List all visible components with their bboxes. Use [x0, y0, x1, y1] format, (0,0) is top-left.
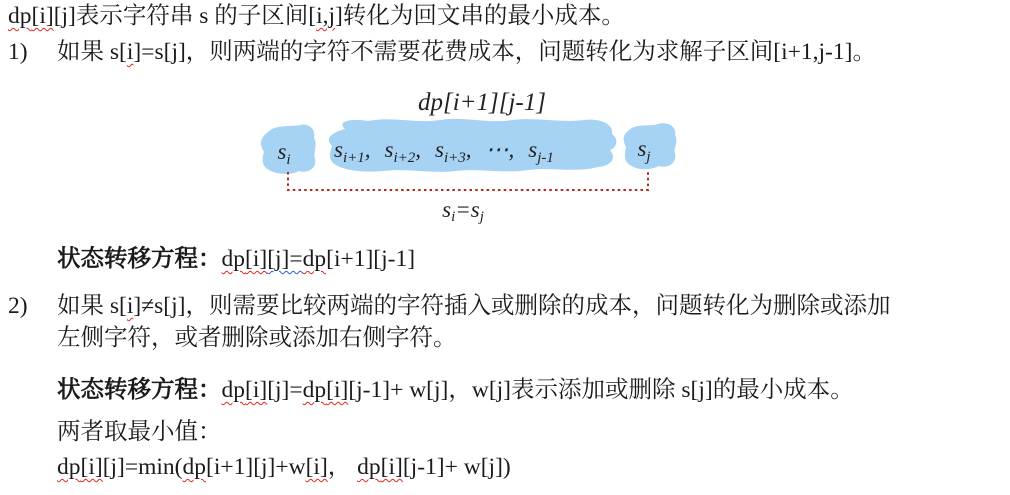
text-segment: [j-1]+ w[j]) [403, 454, 511, 480]
equality-bracket [288, 170, 648, 190]
min-value-note: 两者取最小值： [57, 417, 222, 447]
dp-subproblem-label: dp[i+1][j-1] [418, 89, 546, 116]
text-segment: dp [57, 454, 81, 480]
formula-label: 状态转移方程： [57, 377, 222, 403]
text-segment: [j]= [267, 246, 302, 272]
palindrome-diagram: dp[i+1][j-1] si si+1,si+2,si+3,⋯,sj-1 sj… [0, 84, 1010, 234]
text-segment: [i] [81, 454, 103, 480]
text-segment: dp [222, 377, 246, 403]
text-segment: ]转化为回文串的最小成本。 [335, 3, 625, 29]
formula-label: 状态转移方程： [57, 246, 222, 272]
formula-body: dp[i][j]=dp[i][j-1]+ w[j]，w[j]表示添加或删除 s[… [222, 377, 854, 403]
formula-body: dp[i][j]=dp[i+1][j-1] [222, 246, 416, 272]
text-segment: [i] [245, 377, 267, 403]
text-segment: ， [328, 454, 357, 480]
list-item-2-line-2: 左侧字符，或者删除或添加右侧字符。 [57, 323, 457, 353]
list-item-1-text: 如果 s[i]=s[j]，则两端的字符不需要花费成本，问题转化为求解子区间[i+… [57, 37, 876, 67]
text-segment: [j-1]+ w[j]，w[j]表示添加或删除 s[j]的最小成本。 [348, 377, 853, 403]
text-segment: [i+1][j]+w [206, 454, 306, 480]
text-segment: [i+1][j-1] [326, 246, 415, 272]
text-segment: dp [8, 3, 32, 29]
text-segment: dp [303, 246, 327, 272]
text-segment: 如果 s[ [57, 39, 127, 65]
min-formula: dp[i][j]=min(dp[i+1][j]+w[i]， dp[i][j-1]… [57, 452, 511, 482]
text-segment: [i] [306, 454, 328, 480]
text-segment: [j]= [267, 377, 302, 403]
text-segment: [i] [381, 454, 403, 480]
formula-body: dp[i][j]=min(dp[i+1][j]+w[i]， dp[i][j-1]… [57, 454, 511, 480]
document-page: dp[i][j]表示字符串 s 的子区间[i,j]转化为回文串的最小成本。 1)… [0, 0, 1010, 495]
text-segment: [j]=min( [103, 454, 183, 480]
text-segment: 左侧字符，或者删除或添加右侧字符。 [57, 325, 457, 351]
text-segment: dp [222, 246, 246, 272]
text-segment: [i] [32, 3, 54, 29]
text-segment: dp [303, 377, 327, 403]
list-item-2-line-1: 如果 s[i]≠s[j]，则需要比较两端的字符插入或删除的成本，问题转化为删除或… [57, 291, 890, 321]
transition-formula-2: 状态转移方程：dp[i][j]=dp[i][j-1]+ w[j]，w[j]表示添… [57, 375, 854, 405]
equality-label: si=sj [442, 197, 484, 225]
list-number-1: 1) [8, 37, 28, 67]
text-segment: [j]表示字符串 s 的子区间[ [54, 3, 316, 29]
transition-formula-1: 状态转移方程：dp[i][j]=dp[i+1][j-1] [57, 244, 415, 274]
text-segment: dp [357, 454, 381, 480]
text-segment: 如果 s[ [57, 293, 127, 319]
text-segment: dp [183, 454, 207, 480]
text-segment: [i] [326, 377, 348, 403]
list-number-2: 2) [8, 291, 28, 321]
text-segment: ]≠s[j]，则需要比较两端的字符插入或删除的成本，问题转化为删除或添加 [133, 293, 890, 319]
highlight-blob-middle [329, 119, 617, 172]
text-segment: [i] [245, 246, 267, 272]
text-segment: ]=s[j]，则两端的字符不需要花费成本，问题转化为求解子区间[i+1,j-1]… [133, 39, 876, 65]
intro-paragraph: dp[i][j]表示字符串 s 的子区间[i,j]转化为回文串的最小成本。 [8, 1, 625, 31]
text-segment: i,j [316, 3, 335, 29]
